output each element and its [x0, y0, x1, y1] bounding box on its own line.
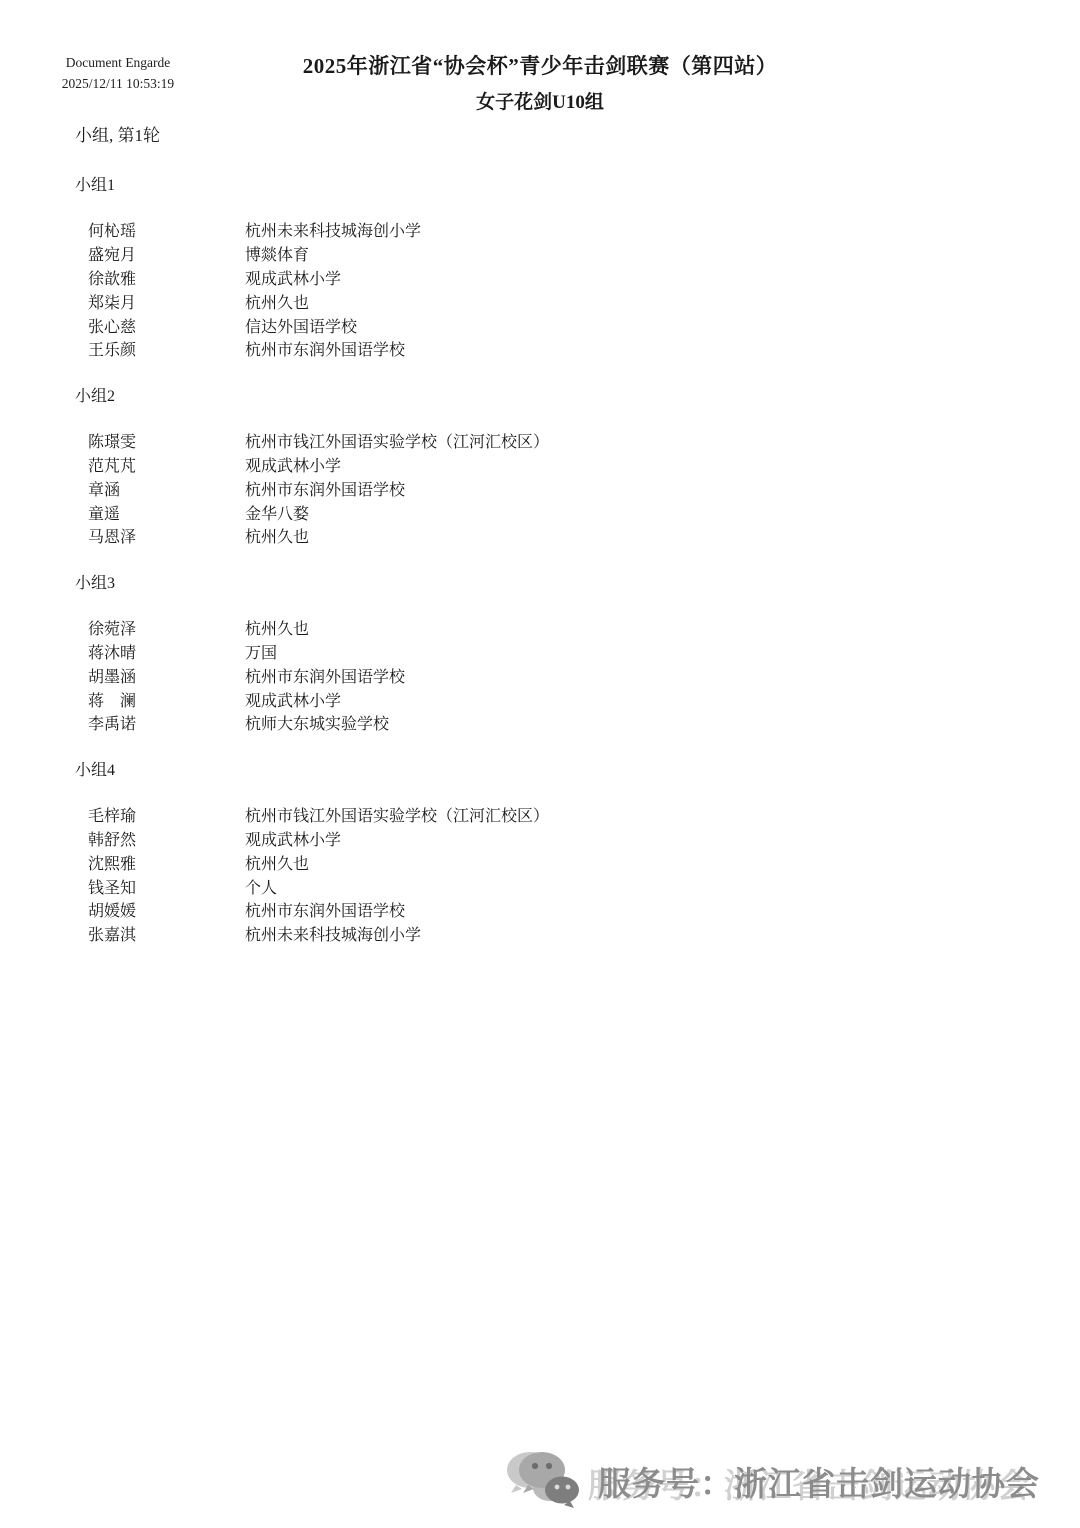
fencer-name: 王乐颜 — [88, 337, 245, 360]
entry-row: 陈璟雯 杭州市钱江外国语实验学校（江河汇校区） — [75, 429, 1040, 453]
entry-row: 盛宛月 博燚体育 — [75, 242, 1040, 266]
fencer-name: 徐歆雅 — [88, 266, 245, 289]
entry-row: 韩舒然 观成武林小学 — [75, 827, 1040, 851]
entry-row: 钱圣知 个人 — [75, 874, 1040, 898]
watermark-text: 服务号：浙江省击剑运动协会 — [598, 1458, 1040, 1505]
fencer-club: 杭州久也 — [245, 616, 309, 639]
fencer-club: 观成武林小学 — [245, 827, 341, 850]
fencer-club: 杭州市东润外国语学校 — [245, 664, 405, 687]
fencer-name: 章涵 — [88, 477, 245, 500]
document-title: 2025年浙江省“协会杯”青少年击剑联赛（第四站） 女子花剑U10组 — [0, 50, 1080, 114]
group-rows: 徐菀泽 杭州久也 蒋沐晴 万国 胡墨涵 杭州市东润外国语学校 蒋 澜 观成武林小… — [75, 616, 1040, 735]
title-line2: 女子花剑U10组 — [0, 87, 1080, 114]
entry-row: 胡墨涵 杭州市东润外国语学校 — [75, 663, 1040, 687]
fencer-club: 杭州未来科技城海创小学 — [245, 218, 421, 241]
fencer-club: 杭州市钱江外国语实验学校（江河汇校区） — [245, 803, 549, 826]
fencer-name: 陈璟雯 — [88, 429, 245, 452]
entry-row: 徐歆雅 观成武林小学 — [75, 266, 1040, 290]
fencer-name: 马恩泽 — [88, 524, 245, 547]
entry-row: 章涵 杭州市东润外国语学校 — [75, 476, 1040, 500]
fencer-name: 张心慈 — [88, 314, 245, 337]
group-section: 小组2 陈璟雯 杭州市钱江外国语实验学校（江河汇校区） 范芃芃 观成武林小学 章… — [75, 385, 1040, 548]
fencer-club: 博燚体育 — [245, 242, 309, 265]
group-section: 小组4 毛梓瑜 杭州市钱江外国语实验学校（江河汇校区） 韩舒然 观成武林小学 沈… — [75, 759, 1040, 946]
group-label: 小组3 — [75, 572, 1040, 595]
group-rows: 毛梓瑜 杭州市钱江外国语实验学校（江河汇校区） 韩舒然 观成武林小学 沈熙雅 杭… — [75, 803, 1040, 946]
entry-row: 郑柒月 杭州久也 — [75, 289, 1040, 313]
fencer-name: 李禹诺 — [88, 711, 245, 734]
group-rows: 陈璟雯 杭州市钱江外国语实验学校（江河汇校区） 范芃芃 观成武林小学 章涵 杭州… — [75, 429, 1040, 548]
entry-row: 童遥 金华八婺 — [75, 500, 1040, 524]
group-rows: 何杺瑶 杭州未来科技城海创小学 盛宛月 博燚体育 徐歆雅 观成武林小学 郑柒月 … — [75, 218, 1040, 361]
entry-row: 马恩泽 杭州久也 — [75, 524, 1040, 548]
groups-list: 小组1 何杺瑶 杭州未来科技城海创小学 盛宛月 博燚体育 徐歆雅 观成武林小学 … — [75, 174, 1040, 970]
group-label: 小组1 — [75, 174, 1040, 197]
entry-row: 毛梓瑜 杭州市钱江外国语实验学校（江河汇校区） — [75, 803, 1040, 827]
fencer-name: 钱圣知 — [88, 875, 245, 898]
fencer-name: 何杺瑶 — [88, 218, 245, 241]
fencer-name: 沈熙雅 — [88, 851, 245, 874]
footer-watermark: 服务号：浙江省击剑运动协会 — [502, 1446, 1040, 1516]
fencer-name: 童遥 — [88, 501, 245, 524]
entry-row: 蒋 澜 观成武林小学 — [75, 687, 1040, 711]
fencer-name: 蒋 澜 — [88, 688, 245, 711]
entry-row: 张嘉淇 杭州未来科技城海创小学 — [75, 922, 1040, 946]
group-section: 小组1 何杺瑶 杭州未来科技城海创小学 盛宛月 博燚体育 徐歆雅 观成武林小学 … — [75, 174, 1040, 361]
fencer-name: 张嘉淇 — [88, 922, 245, 945]
entry-row: 张心慈 信达外国语学校 — [75, 313, 1040, 337]
fencer-name: 胡媛媛 — [88, 898, 245, 921]
fencer-club: 杭州市钱江外国语实验学校（江河汇校区） — [245, 429, 549, 452]
entry-row: 蒋沐晴 万国 — [75, 640, 1040, 664]
fencer-club: 万国 — [245, 640, 277, 663]
fencer-club: 观成武林小学 — [245, 453, 341, 476]
entry-row: 徐菀泽 杭州久也 — [75, 616, 1040, 640]
fencer-club: 杭州市东润外国语学校 — [245, 898, 405, 921]
fencer-club: 观成武林小学 — [245, 688, 341, 711]
fencer-name: 郑柒月 — [88, 290, 245, 313]
entry-row: 何杺瑶 杭州未来科技城海创小学 — [75, 218, 1040, 242]
fencer-name: 毛梓瑜 — [88, 803, 245, 826]
fencer-club: 信达外国语学校 — [245, 314, 357, 337]
fencer-name: 范芃芃 — [88, 453, 245, 476]
fencer-name: 韩舒然 — [88, 827, 245, 850]
fencer-name: 胡墨涵 — [88, 664, 245, 687]
fencer-club: 杭师大东城实验学校 — [245, 711, 389, 734]
fencer-club: 杭州市东润外国语学校 — [245, 337, 405, 360]
fencer-club: 金华八婺 — [245, 501, 309, 524]
title-line1: 2025年浙江省“协会杯”青少年击剑联赛（第四站） — [0, 50, 1080, 80]
fencer-club: 杭州未来科技城海创小学 — [245, 922, 421, 945]
fencer-club: 杭州久也 — [245, 290, 309, 313]
entry-row: 胡媛媛 杭州市东润外国语学校 — [75, 898, 1040, 922]
entry-row: 沈熙雅 杭州久也 — [75, 850, 1040, 874]
fencer-club: 杭州久也 — [245, 851, 309, 874]
entry-row: 范芃芃 观成武林小学 — [75, 453, 1040, 477]
fencer-club: 杭州市东润外国语学校 — [245, 477, 405, 500]
fencer-name: 蒋沐晴 — [88, 640, 245, 663]
wechat-chat-bubbles-icon — [502, 1446, 598, 1516]
round-label: 小组, 第1轮 — [75, 121, 160, 146]
fencer-club: 个人 — [245, 875, 277, 898]
group-section: 小组3 徐菀泽 杭州久也 蒋沐晴 万国 胡墨涵 杭州市东润外国语学校 蒋 澜 观… — [75, 572, 1040, 735]
entry-row: 王乐颜 杭州市东润外国语学校 — [75, 337, 1040, 361]
fencer-club: 杭州久也 — [245, 524, 309, 547]
group-label: 小组4 — [75, 759, 1040, 782]
fencer-club: 观成武林小学 — [245, 266, 341, 289]
fencer-name: 盛宛月 — [88, 242, 245, 265]
group-label: 小组2 — [75, 385, 1040, 408]
fencer-name: 徐菀泽 — [88, 616, 245, 639]
entry-row: 李禹诺 杭师大东城实验学校 — [75, 711, 1040, 735]
